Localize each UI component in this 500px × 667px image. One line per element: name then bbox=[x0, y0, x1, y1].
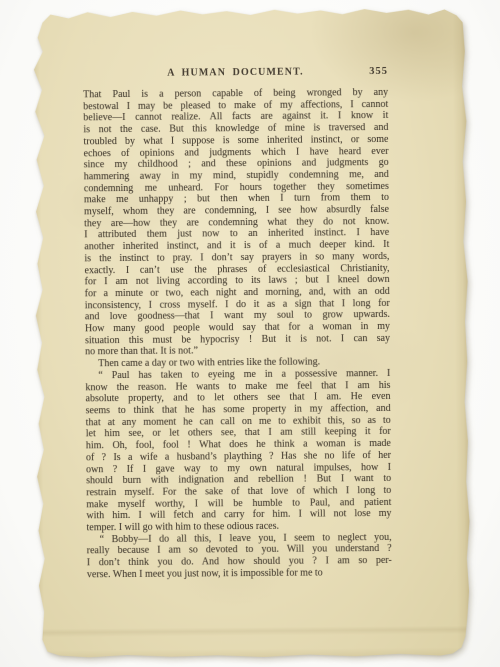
page-number: 355 bbox=[369, 66, 388, 78]
text-line: I don’t think you do. And how should you… bbox=[87, 555, 392, 569]
photo-backdrop: A HUMAN DOCUMENT. 355 That Paul is a per… bbox=[0, 0, 500, 667]
page-body: That Paul is a person capable of being w… bbox=[83, 87, 392, 581]
paper-sheet: A HUMAN DOCUMENT. 355 That Paul is a per… bbox=[32, 6, 471, 658]
page-header: A HUMAN DOCUMENT. 355 bbox=[83, 66, 388, 80]
text-line: verse. When I meet you just now, it is i… bbox=[87, 567, 392, 581]
running-title: A HUMAN DOCUMENT. bbox=[167, 67, 304, 79]
book-page: A HUMAN DOCUMENT. 355 That Paul is a per… bbox=[32, 6, 471, 658]
